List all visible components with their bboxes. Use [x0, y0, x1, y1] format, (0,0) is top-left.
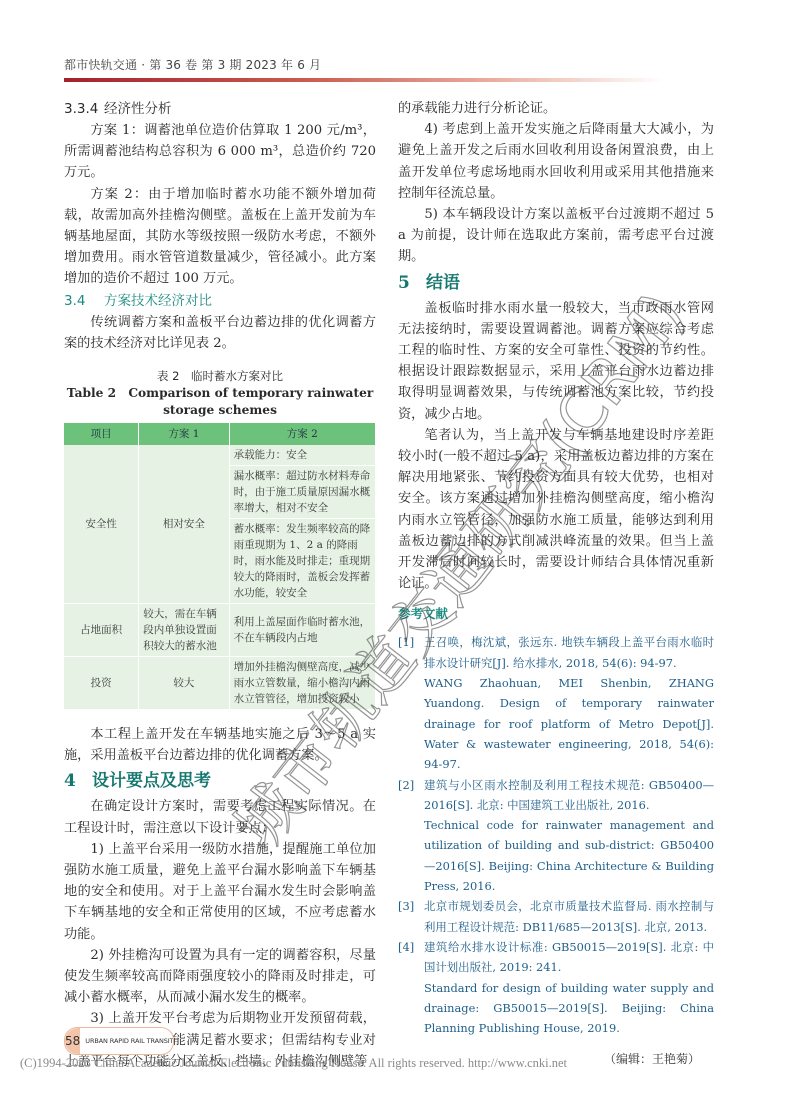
paragraph-conclusion-1: 盖板临时排水雨水量一般较大，当市政雨水管网无法接纳时，需要设置调蓄池。调蓄方案应…	[398, 298, 714, 425]
table-cell-item: 安全性	[64, 445, 139, 604]
table-caption-cn: 表 2 临时蓄水方案对比	[64, 368, 376, 385]
section-5-heading: 5结语	[398, 270, 714, 296]
reference-item: [1] 王召唤，梅沈斌，张远东. 地铁车辆段上盖平台雨水临时排水设计研究[J].…	[398, 632, 714, 774]
paragraph-point-3-cont: 的承载能力进行分析论证。	[398, 98, 714, 119]
section-3-3-4-heading: 3.3.4经济性分析	[64, 98, 376, 120]
reference-item: [4] 建筑给水排水设计标准: GB50015—2019[S]. 北京: 中国计…	[398, 937, 714, 1038]
paragraph-4-intro: 在确定设计方案时，需要考虑工程实际情况。在工程设计时，需注意以下设计要点：	[64, 796, 376, 838]
running-header: 都市快轨交通 · 第 36 卷 第 3 期 2023 年 6 月	[64, 56, 321, 73]
table-caption-en-2: storage schemes	[64, 402, 376, 419]
table-cell-scheme2: 蓄水概率：发生频率较高的降雨重现期为 1、2 a 的降雨时，雨水能及时排走；重现…	[229, 519, 375, 604]
table-caption: 表 2 临时蓄水方案对比 Table 2 Comparison of tempo…	[64, 368, 376, 419]
table-cell-item: 占地面积	[64, 604, 139, 657]
table-cell-scheme2: 增加外挂檐沟侧壁高度，减少雨水立管数量，缩小檐沟内雨水立管管径，增加投资较小	[229, 657, 375, 710]
paragraph-scheme-2: 方案 2：由于增加临时蓄水功能不额外增加荷载，故需加高外挂檐沟侧壁。盖板在上盖开…	[64, 184, 376, 290]
reference-cn: 建筑与小区雨水控制及利用工程技术规范: GB50400—2016[S]. 北京:…	[424, 775, 714, 816]
section-4-heading: 4设计要点及思考	[64, 768, 376, 794]
paragraph-conclusion-2: 笔者认为，当上盖开发与车辆基地建设时序差距较小时(一般不超过 5 a)，采用盖板…	[398, 425, 714, 595]
reference-cn: 北京市规划委员会，北京市质量技术监督局. 雨水控制与利用工程设计规范: DB11…	[424, 896, 714, 937]
table-cell-scheme1: 较大，需在车辆段内单独设置面积较大的蓄水池	[139, 604, 229, 657]
table-header-cell: 方案 1	[139, 423, 229, 445]
table-header-row: 项目 方案 1 方案 2	[64, 423, 376, 445]
table-header-cell: 方案 2	[229, 423, 375, 445]
reference-en: Technical code for rainwater management …	[424, 815, 714, 896]
paragraph-point-1: 1) 上盖平台采用一级防水措施，提醒施工单位加强防水施工质量，避免上盖平台漏水影…	[64, 839, 376, 945]
journal-name-en: URBAN RAPID RAIL TRANSIT	[80, 1037, 173, 1045]
table-row: 投资 较大 增加外挂檐沟侧壁高度，减少雨水立管数量，缩小檐沟内雨水立管管径，增加…	[64, 657, 376, 710]
table-row: 占地面积 较大，需在车辆段内单独设置面积较大的蓄水池 利用上盖屋面作临时蓄水池，…	[64, 604, 376, 657]
reference-cn: 王召唤，梅沈斌，张远东. 地铁车辆段上盖平台雨水临时排水设计研究[J]. 给水排…	[424, 632, 714, 673]
reference-en: Standard for design of building water su…	[424, 978, 714, 1039]
paragraph-point-2: 2) 外挂檐沟可设置为具有一定的调蓄容积，尽量使发生频率较高而降雨强度较小的降雨…	[64, 945, 376, 1009]
reference-item: [3] 北京市规划委员会，北京市质量技术监督局. 雨水控制与利用工程设计规范: …	[398, 896, 714, 937]
table-cell-scheme1: 较大	[139, 657, 229, 710]
copyright-line: (C)1994-2023 China Academic Journal Elec…	[20, 1056, 567, 1071]
right-column: 的承载能力进行分析论证。 4) 考虑到上盖开发实施之后降雨量大大减小，为避免上盖…	[398, 98, 714, 1067]
paragraph-after-table: 本工程上盖开发在车辆基地实施之后 3～5 a 实施，采用盖板平台边蓄边排的优化调…	[64, 724, 376, 766]
paragraph-point-4: 4) 考虑到上盖开发实施之后降雨量大大减小，为避免上盖开发之后雨水回收利用设备闲…	[398, 119, 714, 204]
table-caption-en-1: Table 2 Comparison of temporary rainwate…	[64, 385, 376, 402]
table-cell-scheme2: 利用上盖屋面作临时蓄水池，不在车辆段内占地	[229, 604, 375, 657]
page-number: 58	[65, 1028, 80, 1054]
left-column: 3.3.4经济性分析 方案 1：调蓄池单位造价估算取 1 200 元/m³，所需…	[64, 98, 376, 1072]
section-3-4-heading: 3.4方案技术经济对比	[64, 290, 376, 312]
reference-item: [2] 建筑与小区雨水控制及利用工程技术规范: GB50400—2016[S].…	[398, 775, 714, 897]
table-cell-scheme2: 承载能力：安全	[229, 445, 375, 466]
reference-cn: 建筑给水排水设计标准: GB50015—2019[S]. 北京: 中国计划出版社…	[424, 937, 714, 978]
table-cell-scheme2: 漏水概率：超过防水材料寿命时，由于施工质量原因漏水概率增大，相对不安全	[229, 466, 375, 519]
table-header-cell: 项目	[64, 423, 139, 445]
references-heading: 参考文献	[398, 604, 714, 622]
page-badge: 58 URBAN RAPID RAIL TRANSIT	[64, 1027, 174, 1055]
table-cell-scheme1: 相对安全	[139, 445, 229, 604]
paragraph-point-5: 5) 本车辆段设计方案以盖板平台过渡期不超过 5 a 为前提，设计师在选取此方案…	[398, 204, 714, 268]
reference-en: WANG Zhaohuan, MEI Shenbin, ZHANG Yuando…	[424, 673, 714, 774]
comparison-table: 项目 方案 1 方案 2 安全性 相对安全 承载能力：安全 漏水概率：超过防水材…	[64, 423, 376, 710]
paragraph-scheme-1: 方案 1：调蓄池单位造价估算取 1 200 元/m³，所需调蓄池结构总容积为 6…	[64, 120, 376, 184]
paragraph-3-4: 传统调蓄方案和盖板平台边蓄边排的优化调蓄方案的技术经济对比详见表 2。	[64, 312, 376, 354]
header-rule	[64, 78, 664, 82]
table-row: 安全性 相对安全 承载能力：安全	[64, 445, 376, 466]
table-cell-item: 投资	[64, 657, 139, 710]
